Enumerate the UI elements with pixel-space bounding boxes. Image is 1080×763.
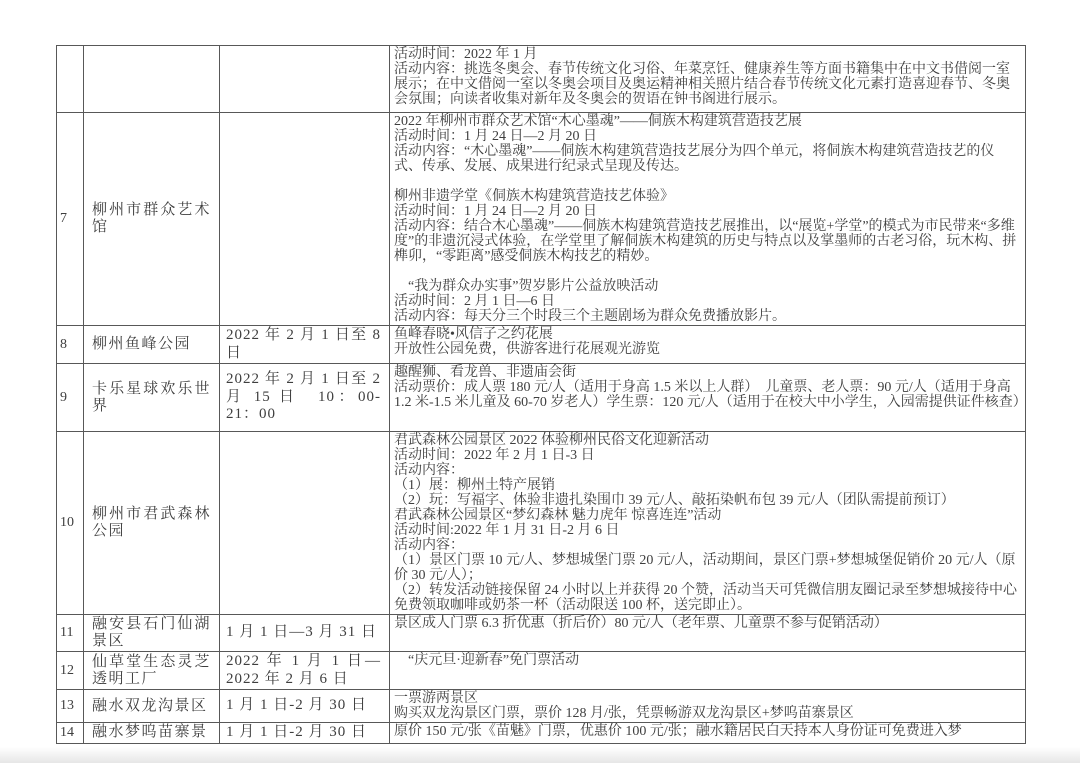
activity-details: 鱼峰春晓•风信子之约花展 开放性公园免费，供游客进行花展观光游览 [390,326,1026,364]
table-row: 14 融水梦呜苗寨景 1 月 1 日-2 月 30 日 原价 150 元/张《苗… [57,723,1026,744]
activity-date: 2022 年 1 月 1 日—2022 年 2 月 6 日 [220,652,390,690]
table-row: 12 仙草堂生态灵芝透明工厂 2022 年 1 月 1 日—2022 年 2 月… [57,652,1026,690]
scan-shadow [0,747,1080,763]
row-number: 11 [57,615,84,652]
row-number: 10 [57,432,84,615]
row-number: 14 [57,723,84,744]
venue-name: 融安县石门仙湖景区 [84,615,220,652]
venue-name: 柳州市群众艺术馆 [84,113,220,326]
activity-details: 2022 年柳州市群众艺术馆“木心墨魂”——侗族木构建筑营造技艺展 活动时间：1… [390,113,1026,326]
activity-details: 一票游两景区 购买双龙沟景区门票，票价 128 月/张，凭票畅游双龙沟景区+梦呜… [390,690,1026,723]
table-row: 9 卡乐星球欢乐世界 2022 年 2 月 1 日至 2 月 15 日 10：0… [57,364,1026,432]
activity-date: 2022 年 2 月 1 日至 8 日 [220,326,390,364]
table-row: 13 融水双龙沟景区 1 月 1 日-2 月 30 日 一票游两景区 购买双龙沟… [57,690,1026,723]
row-number: 8 [57,326,84,364]
activity-details: “庆元旦·迎新春”免门票活动 [390,652,1026,690]
venue-name: 柳州市君武森林公园 [84,432,220,615]
venue-name: 卡乐星球欢乐世界 [84,364,220,432]
row-number: 9 [57,364,84,432]
venue-name: 柳州鱼峰公园 [84,326,220,364]
activity-date: 1 月 1 日—3 月 31 日 [220,615,390,652]
activity-details: 活动时间：2022 年 1 月 活动内容：挑选冬奥会、春节传统文化习俗、年菜烹饪… [390,46,1026,113]
table-row: 7 柳州市群众艺术馆 2022 年柳州市群众艺术馆“木心墨魂”——侗族木构建筑营… [57,113,1026,326]
table-row: 8 柳州鱼峰公园 2022 年 2 月 1 日至 8 日 鱼峰春晓•风信子之约花… [57,326,1026,364]
activities-table: 活动时间：2022 年 1 月 活动内容：挑选冬奥会、春节传统文化习俗、年菜烹饪… [56,45,1026,744]
document-page: 活动时间：2022 年 1 月 活动内容：挑选冬奥会、春节传统文化习俗、年菜烹饪… [0,0,1080,763]
activity-date: 1 月 1 日-2 月 30 日 [220,723,390,744]
venue-name: 融水双龙沟景区 [84,690,220,723]
activity-date [220,113,390,326]
venue-name: 融水梦呜苗寨景 [84,723,220,744]
row-number: 7 [57,113,84,326]
activity-date [220,46,390,113]
table-row: 11 融安县石门仙湖景区 1 月 1 日—3 月 31 日 景区成人门票 6.3… [57,615,1026,652]
activity-details: 君武森林公园景区 2022 体验柳州民俗文化迎新活动 活动时间：2022 年 2… [390,432,1026,615]
activity-date [220,432,390,615]
row-number: 12 [57,652,84,690]
table-row: 10 柳州市君武森林公园 君武森林公园景区 2022 体验柳州民俗文化迎新活动 … [57,432,1026,615]
row-number [57,46,84,113]
row-number: 13 [57,690,84,723]
activity-details: 原价 150 元/张《苗魅》门票，优惠价 100 元/张；融水籍居民白天持本人身… [390,723,1026,744]
venue-name [84,46,220,113]
activity-details: 景区成人门票 6.3 折优惠（折后价）80 元/人（老年票、儿童票不参与促销活动… [390,615,1026,652]
activity-date: 1 月 1 日-2 月 30 日 [220,690,390,723]
venue-name: 仙草堂生态灵芝透明工厂 [84,652,220,690]
activity-date: 2022 年 2 月 1 日至 2 月 15 日 10：00-21：00 [220,364,390,432]
table-row: 活动时间：2022 年 1 月 活动内容：挑选冬奥会、春节传统文化习俗、年菜烹饪… [57,46,1026,113]
activity-details: 趣醒狮、看龙兽、非遗庙会街 活动票价：成人票 180 元/人（适用于身高 1.5… [390,364,1026,432]
